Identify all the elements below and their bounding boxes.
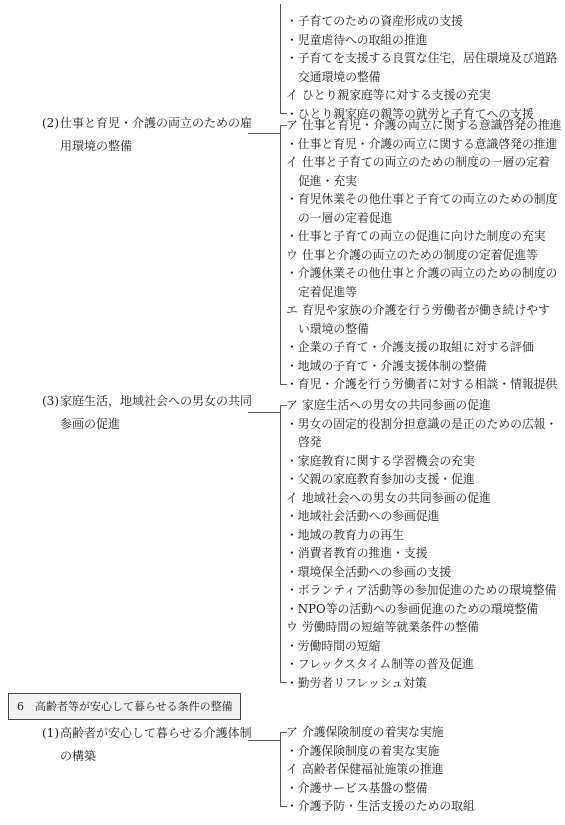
item-kana-label: イ [286, 760, 302, 779]
outline-item: ・労働時間の短縮 [286, 637, 557, 656]
chapter-6-heading-box: 6高齢者等が安心して暮らせる条件の整備 [8, 693, 241, 720]
outline-item: ・家庭教育に関する学習機会の充実 [286, 452, 557, 471]
item-kana-label: イ [286, 86, 302, 105]
outline-item: ア家庭生活への男女の共同参画の促進 [286, 396, 557, 415]
heading-text-continuation: 用環境の整備 [60, 135, 252, 158]
outline-item: ・地域社会活動への参画促進 [286, 507, 557, 526]
outline-item: ・育児・介護を行う労働者に対する相談・情報提供 [286, 375, 562, 394]
heading-number: (1) [42, 722, 60, 745]
outline-item: ・男女の固定的役割分担意識の是正のための広報・ [286, 415, 557, 434]
item-kana-label: ア [286, 723, 302, 742]
outline-item-continuation: の一層の定着促進 [298, 209, 562, 228]
outline-item: ・NPO等の活動への参画促進のための環境整備 [286, 600, 557, 619]
item-kana-label: エ [286, 301, 302, 320]
outline-item: ・介護予防・生活支援のための取組 [286, 797, 475, 816]
outline-item: ・仕事と育児・介護の両立に関する意識啓発の推進 [286, 135, 562, 154]
outline-item: ・育児休業その他仕事と子育ての両立のための制度 [286, 190, 562, 209]
heading-connector-line [248, 412, 281, 413]
heading-text: 仕事と育児・介護の両立のための雇 [60, 116, 252, 130]
outline-item: ・地域の子育て・介護支援体制の整備 [286, 357, 562, 376]
heading-text-continuation: の構築 [60, 745, 252, 768]
outline-item-continuation: い環境の整備 [298, 320, 562, 339]
section-heading-2: (2)仕事と育児・介護の両立のための雇 用環境の整備 [42, 112, 252, 158]
outline-item: ・父親の家庭教育参加の支援・促進 [286, 470, 557, 489]
outline-item-continuation: 定着促進等 [298, 283, 562, 302]
outline-item: イ地域社会への男女の共同参画の促進 [286, 489, 557, 508]
outline-item-continuation: 交通環境の整備 [298, 68, 557, 87]
outline-group-1: ・子育てのための資産形成の支援 ・児童虐待への取組の推進 ・子育てを支援する良質… [286, 12, 557, 123]
outline-item: ・地域の教育力の再生 [286, 526, 557, 545]
heading-connector-line [248, 740, 281, 741]
outline-item: ・環境保全活動への参画の支援 [286, 563, 557, 582]
outline-item: ・子育てのための資産形成の支援 [286, 12, 557, 31]
item-kana-label: イ [286, 153, 302, 172]
outline-item: イひとり親家庭等に対する支援の充実 [286, 86, 557, 105]
outline-item: ウ仕事と介護の両立のための制度の定着促進等 [286, 246, 562, 265]
outline-item: エ育児や家族の介護を行う労働者が働き続けやす [286, 301, 562, 320]
outline-group-4: ア介護保険制度の着実な実施 ・介護保険制度の着実な実施 イ高齢者保健福祉施策の推… [286, 723, 475, 816]
outline-group-3: ア家庭生活への男女の共同参画の促進 ・男女の固定的役割分担意識の是正のための広報… [286, 396, 557, 692]
heading-text: 家庭生活，地域社会への男女の共同 [60, 394, 252, 408]
item-kana-label: ウ [286, 246, 302, 265]
heading-connector-line [248, 133, 281, 134]
outline-item: ア介護保険制度の着実な実施 [286, 723, 475, 742]
outline-item: ・介護サービス基盤の整備 [286, 779, 475, 798]
outline-item: ・ボランティア活動等の参加促進のための環境整備 [286, 581, 557, 600]
outline-item: イ高齢者保健福祉施策の推進 [286, 760, 475, 779]
heading-text: 高齢者が安心して暮らせる介護体制 [60, 726, 252, 740]
outline-item-continuation: 啓発 [298, 433, 557, 452]
outline-item: ・消費者教育の推進・支援 [286, 544, 557, 563]
chapter-number: 6 [17, 694, 35, 719]
bracket-line-group1 [280, 4, 281, 114]
bracket-line-group2 [280, 125, 281, 385]
heading-text-continuation: 参画の促進 [60, 413, 252, 436]
item-kana-label: ア [286, 116, 302, 135]
outline-item: ア仕事と育児・介護の両立に関する意識啓発の推進 [286, 116, 562, 135]
outline-item: ・介護休業その他仕事と介護の両立のための制度の [286, 264, 562, 283]
outline-item: ウ労働時間の短縮等就業条件の整備 [286, 618, 557, 637]
outline-item: ・仕事と子育ての両立の促進に向けた制度の充実 [286, 227, 562, 246]
bracket-line-group3 [280, 405, 281, 683]
outline-item: ・勤労者リフレッシュ対策 [286, 674, 557, 693]
outline-item: ・児童虐待への取組の推進 [286, 31, 557, 50]
outline-item-continuation: 促進・充実 [298, 172, 562, 191]
section-heading-6-1: (1)高齢者が安心して暮らせる介護体制 の構築 [42, 722, 252, 768]
chapter-title: 高齢者等が安心して暮らせる条件の整備 [35, 700, 233, 713]
outline-group-2: ア仕事と育児・介護の両立に関する意識啓発の推進 ・仕事と育児・介護の両立に関する… [286, 116, 562, 394]
heading-number: (3) [42, 390, 60, 413]
outline-item: ・介護保険制度の着実な実施 [286, 742, 475, 761]
outline-item: ・子育てを支援する良質な住宅，居住環境及び道路 [286, 49, 557, 68]
bracket-line-group4 [280, 732, 281, 807]
heading-number: (2) [42, 112, 60, 135]
outline-item: ・企業の子育て・介護支援の取組に対する評価 [286, 338, 562, 357]
item-kana-label: イ [286, 489, 302, 508]
section-heading-3: (3)家庭生活，地域社会への男女の共同 参画の促進 [42, 390, 252, 436]
outline-item: イ仕事と子育ての両立のための制度の一層の定着 [286, 153, 562, 172]
item-kana-label: ウ [286, 618, 302, 637]
outline-item: ・フレックスタイム制等の普及促進 [286, 655, 557, 674]
item-kana-label: ア [286, 396, 302, 415]
